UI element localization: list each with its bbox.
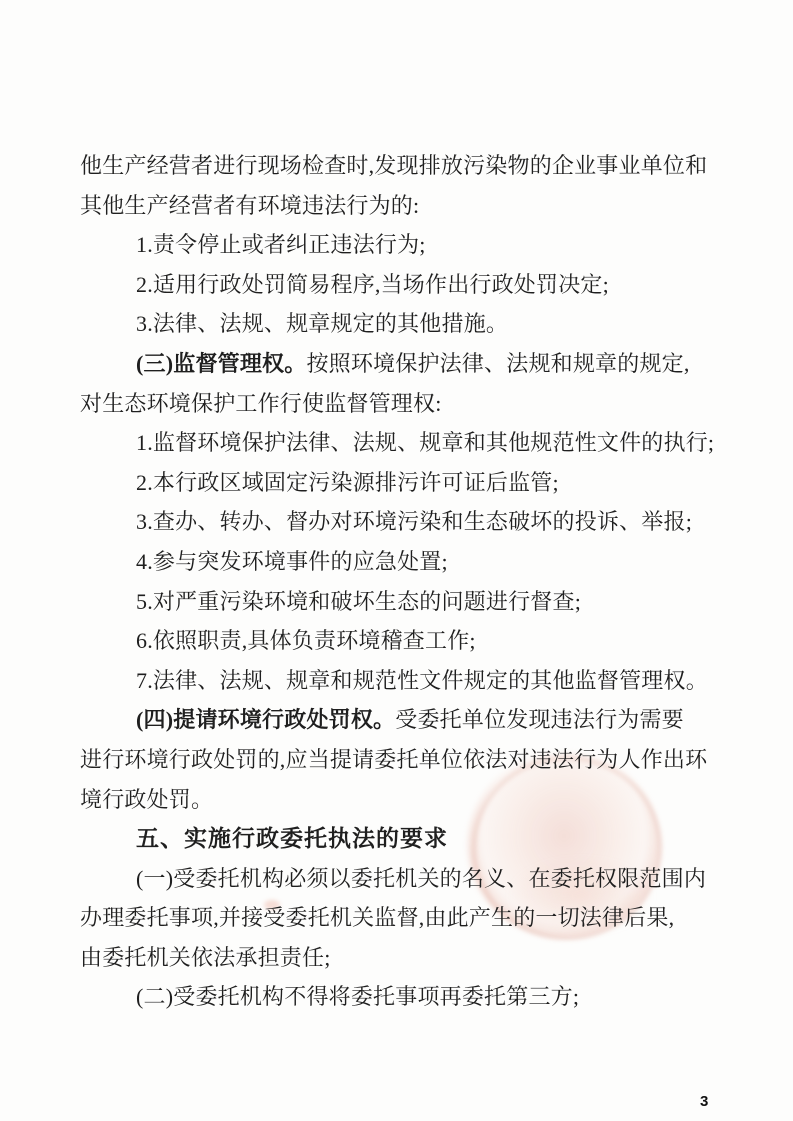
text-segment: 进行环境行政处罚的,应当提请委托单位依法对违法行为人作出环	[80, 747, 707, 772]
text-line: (二)受委托机构不得将委托事项再委托第三方;	[80, 977, 718, 1017]
text-line: 1.责令停止或者纠正违法行为;	[80, 225, 718, 265]
text-line: 5.对严重污染环境和破坏生态的问题进行督查;	[80, 582, 718, 622]
text-segment: 2.适用行政处罚简易程序,当场作出行政处罚决定;	[136, 272, 609, 297]
text-segment: 3.法律、法规、规章规定的其他措施。	[136, 311, 508, 336]
text-line: 其他生产经营者有环境违法行为的:	[80, 186, 718, 226]
text-segment: 由委托机关依法承担责任;	[80, 945, 331, 970]
text-segment-bold: (三)监督管理权。	[136, 351, 306, 376]
text-segment: 6.依照职责,具体负责环境稽查工作;	[136, 628, 476, 653]
text-segment-hei: 五、实施行政委托执法的要求	[136, 825, 448, 851]
text-segment: (二)受委托机构不得将委托事项再委托第三方;	[136, 984, 579, 1009]
text-segment: 其他生产经营者有环境违法行为的:	[80, 193, 419, 218]
text-line: (一)受委托机构必须以委托机关的名义、在委托权限范围内	[80, 859, 718, 899]
text-line: (三)监督管理权。按照环境保护法律、法规和规章的规定,	[80, 344, 718, 384]
scanned-document-page: 他生产经营者进行现场检查时,发现排放污染物的企业事业单位和其他生产经营者有环境违…	[0, 0, 793, 1121]
text-line: (四)提请环境行政处罚权。受委托单位发现违法行为需要	[80, 700, 718, 740]
text-segment: 4.参与突发环境事件的应急处置;	[136, 549, 448, 574]
text-segment-bold: (四)提请环境行政处罚权。	[136, 707, 395, 732]
text-line: 办理委托事项,并接受委托机关监督,由此产生的一切法律后果,	[80, 898, 718, 938]
text-segment: 境行政处罚。	[80, 787, 213, 812]
text-line: 由委托机关依法承担责任;	[80, 938, 718, 978]
text-segment: 办理委托事项,并接受委托机关监督,由此产生的一切法律后果,	[80, 905, 674, 930]
text-line: 3.法律、法规、规章规定的其他措施。	[80, 304, 718, 344]
text-segment: 1.责令停止或者纠正违法行为;	[136, 232, 426, 257]
text-line: 他生产经营者进行现场检查时,发现排放污染物的企业事业单位和	[80, 146, 718, 186]
text-line: 境行政处罚。	[80, 780, 718, 820]
text-line: 7.法律、法规、规章和规范性文件规定的其他监督管理权。	[80, 661, 718, 701]
text-segment: 受委托单位发现违法行为需要	[395, 707, 684, 732]
text-line: 6.依照职责,具体负责环境稽查工作;	[80, 621, 718, 661]
text-segment: 7.法律、法规、规章和规范性文件规定的其他监督管理权。	[136, 668, 708, 693]
text-segment: 按照环境保护法律、法规和规章的规定,	[306, 351, 689, 376]
text-line: 五、实施行政委托执法的要求	[80, 819, 718, 859]
text-line: 3.查办、转办、督办对环境污染和生态破坏的投诉、举报;	[80, 502, 718, 542]
text-segment: 2.本行政区域固定污染源排污许可证后监管;	[136, 470, 559, 495]
page-number: 3	[700, 1093, 708, 1110]
text-line: 进行环境行政处罚的,应当提请委托单位依法对违法行为人作出环	[80, 740, 718, 780]
text-line: 对生态环境保护工作行使监督管理权:	[80, 384, 718, 424]
text-segment: 他生产经营者进行现场检查时,发现排放污染物的企业事业单位和	[80, 153, 707, 178]
text-segment: 1.监督环境保护法律、法规、规章和其他规范性文件的执行;	[136, 430, 714, 455]
text-line: 4.参与突发环境事件的应急处置;	[80, 542, 718, 582]
text-line: 2.适用行政处罚简易程序,当场作出行政处罚决定;	[80, 265, 718, 305]
text-line: 2.本行政区域固定污染源排污许可证后监管;	[80, 463, 718, 503]
text-segment: 对生态环境保护工作行使监督管理权:	[80, 391, 442, 416]
text-line: 1.监督环境保护法律、法规、规章和其他规范性文件的执行;	[80, 423, 718, 463]
text-segment: (一)受委托机构必须以委托机关的名义、在委托权限范围内	[136, 866, 706, 891]
text-segment: 3.查办、转办、督办对环境污染和生态破坏的投诉、举报;	[136, 509, 692, 534]
text-segment: 5.对严重污染环境和破坏生态的问题进行督查;	[136, 589, 581, 614]
document-lines: 他生产经营者进行现场检查时,发现排放污染物的企业事业单位和其他生产经营者有环境违…	[80, 146, 718, 1017]
